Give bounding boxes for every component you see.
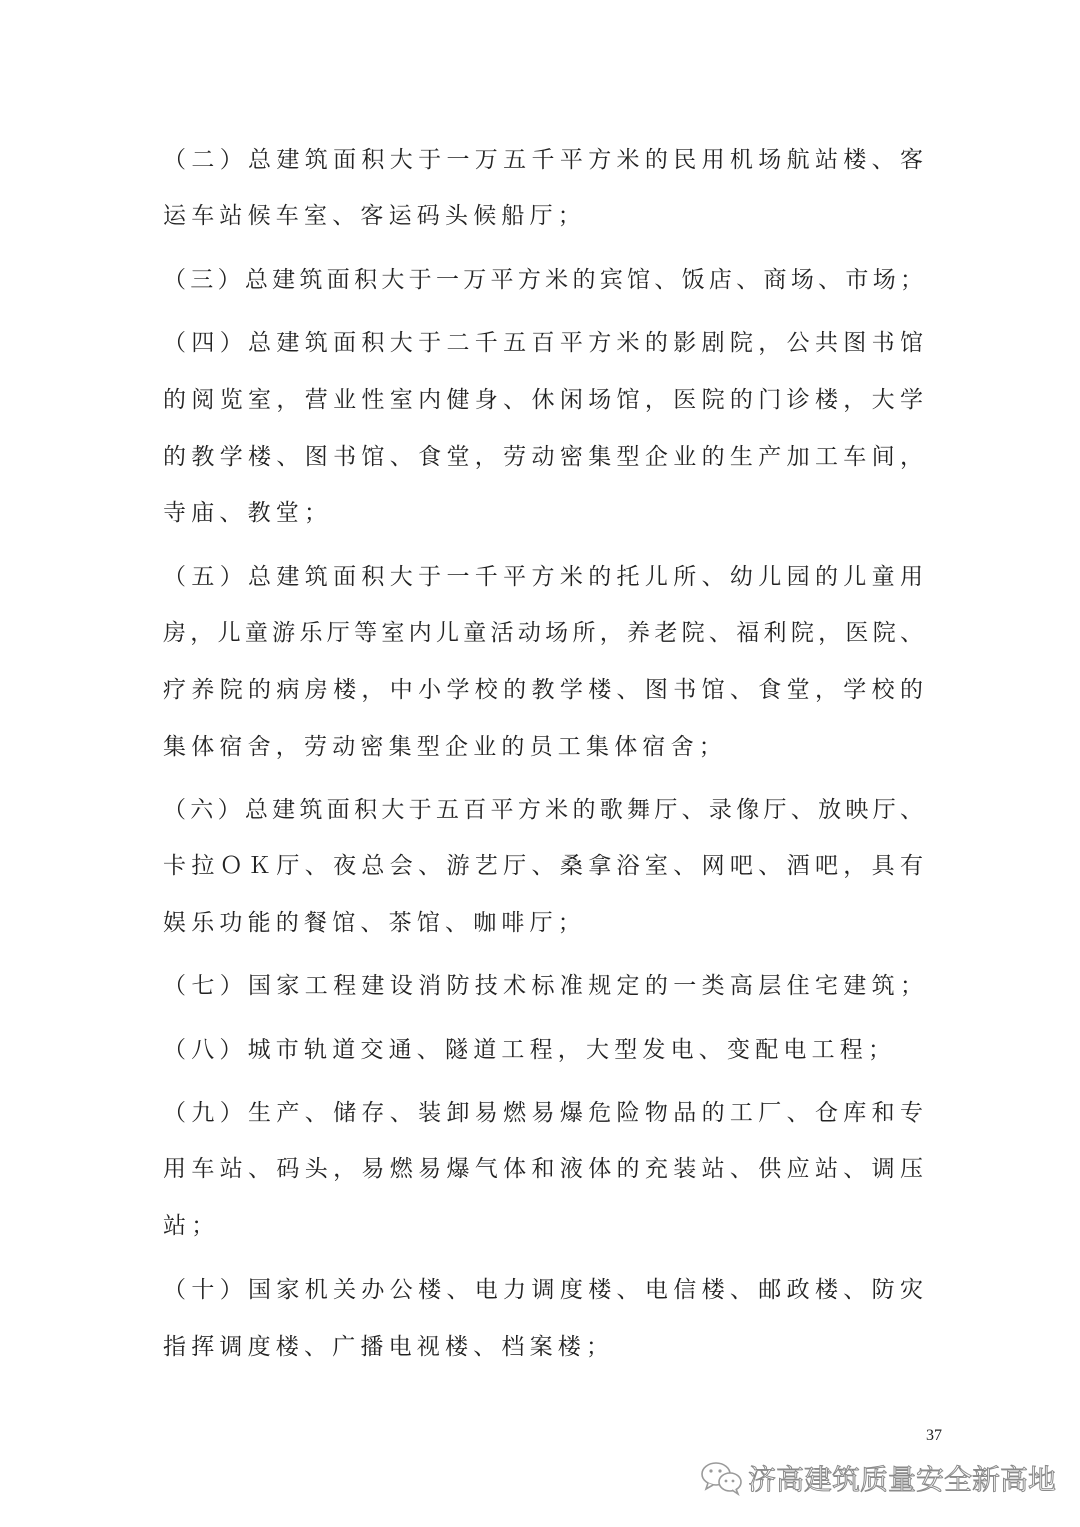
watermark-text: 济高建筑质量安全新高地 <box>748 1458 1056 1498</box>
text-line: 集体宿舍，劳动密集型企业的员工集体宿舍； <box>163 727 923 767</box>
text-line: 用车站、码头，易燃易爆气体和液体的充装站、供应站、调压 <box>163 1149 923 1189</box>
text-line: 站； <box>163 1206 923 1246</box>
text-line: 卡拉ＯＫ厅、夜总会、游艺厅、桑拿浴室、网吧、酒吧，具有 <box>163 846 923 886</box>
text-line: 的阅览室，营业性室内健身、休闲场馆，医院的门诊楼，大学 <box>163 380 923 420</box>
text-line: （二）总建筑面积大于一万五千平方米的民用机场航站楼、客 <box>163 140 923 180</box>
text-line: 疗养院的病房楼，中小学校的教学楼、图书馆、食堂，学校的 <box>163 670 923 710</box>
text-line: 运车站候车室、客运码头候船厅； <box>163 196 923 236</box>
text-line: （七）国家工程建设消防技术标准规定的一类高层住宅建筑； <box>163 966 923 1006</box>
text-line: 指挥调度楼、广播电视楼、档案楼； <box>163 1327 923 1367</box>
text-line: （六）总建筑面积大于五百平方米的歌舞厅、录像厅、放映厅、 <box>163 790 923 830</box>
text-line: （十）国家机关办公楼、电力调度楼、电信楼、邮政楼、防灾 <box>163 1270 923 1310</box>
text-line: （四）总建筑面积大于二千五百平方米的影剧院，公共图书馆 <box>163 323 923 363</box>
text-line: 房，儿童游乐厅等室内儿童活动场所，养老院、福利院，医院、 <box>163 613 923 653</box>
text-line: （八）城市轨道交通、隧道工程，大型发电、变配电工程； <box>163 1030 923 1070</box>
page-number: 37 <box>926 1427 942 1445</box>
document-page: （二）总建筑面积大于一万五千平方米的民用机场航站楼、客运车站候车室、客运码头候船… <box>0 0 1080 1527</box>
wechat-icon <box>700 1460 744 1496</box>
text-line: 寺庙、教堂； <box>163 493 923 533</box>
watermark: 济高建筑质量安全新高地 <box>700 1456 1056 1500</box>
text-line: （九）生产、储存、装卸易燃易爆危险物品的工厂、仓库和专 <box>163 1093 923 1133</box>
text-line: 的教学楼、图书馆、食堂，劳动密集型企业的生产加工车间， <box>163 437 923 477</box>
text-line: 娱乐功能的餐馆、茶馆、咖啡厅； <box>163 903 923 943</box>
text-line: （五）总建筑面积大于一千平方米的托儿所、幼儿园的儿童用 <box>163 557 923 597</box>
text-line: （三）总建筑面积大于一万平方米的宾馆、饭店、商场、市场； <box>163 260 923 300</box>
